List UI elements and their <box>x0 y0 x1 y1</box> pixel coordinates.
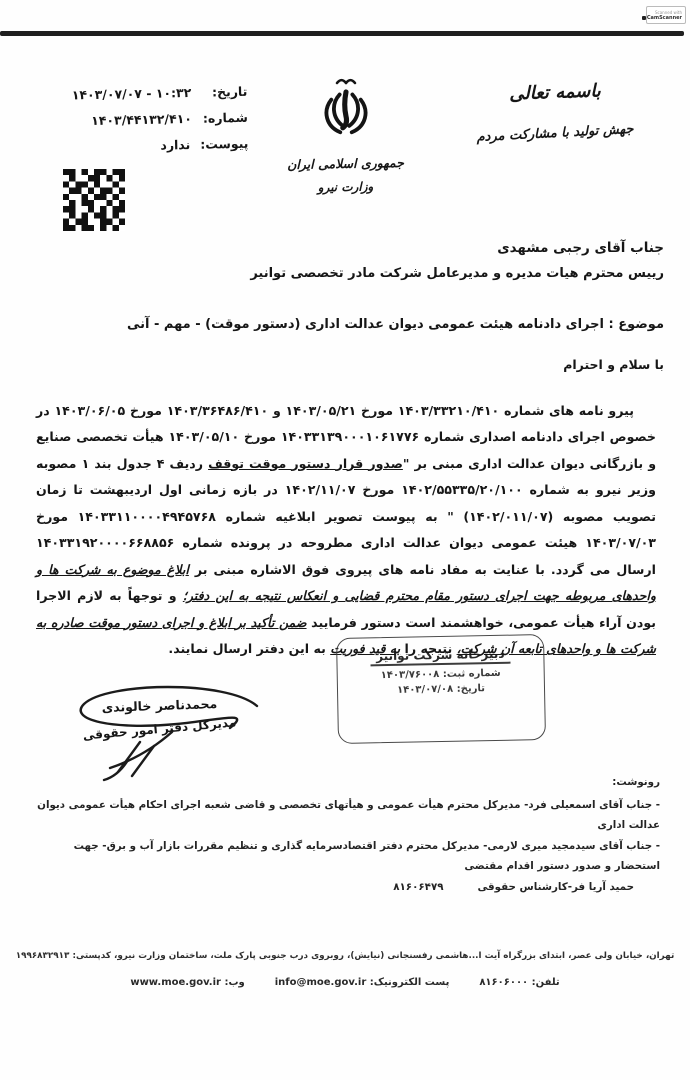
recipient-name: جناب آقای رجبی مشهدی <box>60 240 664 256</box>
letter-meta-block: تاریخ: ۱۴۰۳/۰۷/۰۷ - ۱۰:۳۲ شماره: ۱۴۰۳/۴۴… <box>35 84 249 166</box>
meta-date-row: تاریخ: ۱۴۰۳/۰۷/۰۷ - ۱۰:۳۲ <box>35 84 247 103</box>
recipient-block: جناب آقای رجبی مشهدی رییس محترم هیات مدی… <box>60 240 664 281</box>
number-value: ۱۴۰۳/۴۴۱۳۲/۴۱۰ <box>91 111 192 128</box>
number-label: شماره: <box>202 110 248 126</box>
meta-number-row: شماره: ۱۴۰۳/۴۴۱۳۲/۴۱۰ <box>36 110 248 129</box>
cc-block: رونوشت: - جناب آقای اسمعیلی فرد- مدیرکل … <box>30 772 660 897</box>
signature-block: محمدناصر خالوندی مدیرکل دفتر امور حقوقی <box>42 698 277 736</box>
meta-attachment-row: پیوست: ندارد <box>36 136 248 155</box>
recipient-title: رییس محترم هیات مدیره و مدیرعامل شرکت ما… <box>60 266 664 281</box>
web-label: وب: <box>224 977 244 988</box>
email-label: پست الکترونیک: <box>370 977 450 988</box>
cc-item: - جناب آقای اسمعیلی فرد- مدیرکل محترم هی… <box>30 795 660 836</box>
salutation-text: با سلام و احترام <box>563 357 664 372</box>
phone-label: تلفن: <box>532 977 560 988</box>
date-label: تاریخ: <box>201 84 247 100</box>
footer-web: وب: www.moe.gov.ir <box>130 977 244 988</box>
stamp-reg-label: شماره ثبت: <box>443 668 501 680</box>
signer-title: مدیرکل دفتر امور حقوقی <box>42 712 277 746</box>
scanner-watermark-badge: Scanned with CamScanner <box>646 6 686 24</box>
body-segment: ردیف ۴ جدول بند ۱ مصوبه وزیر نیرو به شما… <box>36 456 656 577</box>
attachment-value: ندارد <box>160 137 190 153</box>
web-value: www.moe.gov.ir <box>130 977 221 988</box>
cc-item: - جناب آقای سیدمجید میری لارمی- مدیرکل م… <box>30 836 660 877</box>
stamp-date-label: تاریخ: <box>457 683 485 695</box>
footer-address: تهران، خیابان ولی عصر، ابتدای بزرگراه آی… <box>0 951 690 961</box>
stamp-registration-row: شماره ثبت: ۱۴۰۳/۷۶۰۰۸ <box>338 667 544 682</box>
qr-code <box>63 169 125 231</box>
phone-value: ۸۱۶۰۶۰۰۰ <box>479 977 528 988</box>
letter-body: پیرو نامه های شماره ۱۴۰۳/۳۳۲۱۰/۴۱۰ مورخ … <box>36 398 656 663</box>
cc-label: رونوشت: <box>30 772 660 793</box>
body-segment-emphasized: صدور قرار دستور موقت توقف <box>208 456 403 471</box>
scan-edge-bar <box>0 31 684 36</box>
letterhead-emblem-block: جمهوری اسلامی ایران وزارت نیرو <box>268 76 423 194</box>
date-value: ۱۴۰۳/۰۷/۰۷ - ۱۰:۳۲ <box>72 85 192 103</box>
signer-name: محمدناصر خالوندی <box>42 694 277 717</box>
stamp-date-value: ۱۴۰۳/۰۷/۰۸ <box>397 684 453 696</box>
stamp-title: دبیرخانه شرکت توانیر <box>370 647 511 667</box>
iran-emblem-icon <box>314 76 378 154</box>
scanner-badge-brand: CamScanner <box>647 15 682 21</box>
scanned-letter-page: Scanned with CamScanner باسمه تعالی جهش … <box>0 0 690 1080</box>
stamp-reg-value: ۱۴۰۳/۷۶۰۰۸ <box>381 669 440 681</box>
footer-email: پست الکترونیک: info@moe.gov.ir <box>275 977 450 988</box>
year-slogan-text: جهش تولید با مشارکت مردم <box>455 121 656 146</box>
footer-contacts-row: تلفن: ۸۱۶۰۶۰۰۰ پست الکترونیک: info@moe.g… <box>0 977 690 988</box>
bismillah-text: باسمه تعالی <box>475 79 636 106</box>
subject-line: موضوع : اجرای دادنامه هیئت عمومی دیوان ع… <box>40 317 664 332</box>
camscanner-icon <box>642 16 646 20</box>
ministry-name-text: وزارت نیرو <box>268 179 423 196</box>
stamp-date-row: تاریخ: ۱۴۰۳/۰۷/۰۸ <box>338 682 544 697</box>
email-value: info@moe.gov.ir <box>275 977 367 988</box>
cc-expert-code: ۸۱۶۰۶۴۷۹ <box>393 877 443 898</box>
cc-expert-name: حمید آریا فر-کارشناس حقوقی <box>478 877 634 898</box>
attachment-label: پیوست: <box>200 136 248 152</box>
body-segment: به این دفتر ارسال نمایند. <box>168 641 330 656</box>
country-name-text: جمهوری اسلامی ایران <box>268 155 423 173</box>
secretariat-stamp: دبیرخانه شرکت توانیر شماره ثبت: ۱۴۰۳/۷۶۰… <box>336 634 546 744</box>
footer-phone: تلفن: ۸۱۶۰۶۰۰۰ <box>479 977 559 988</box>
cc-item-expert: حمید آریا فر-کارشناس حقوقی ۸۱۶۰۶۴۷۹ <box>30 877 634 898</box>
